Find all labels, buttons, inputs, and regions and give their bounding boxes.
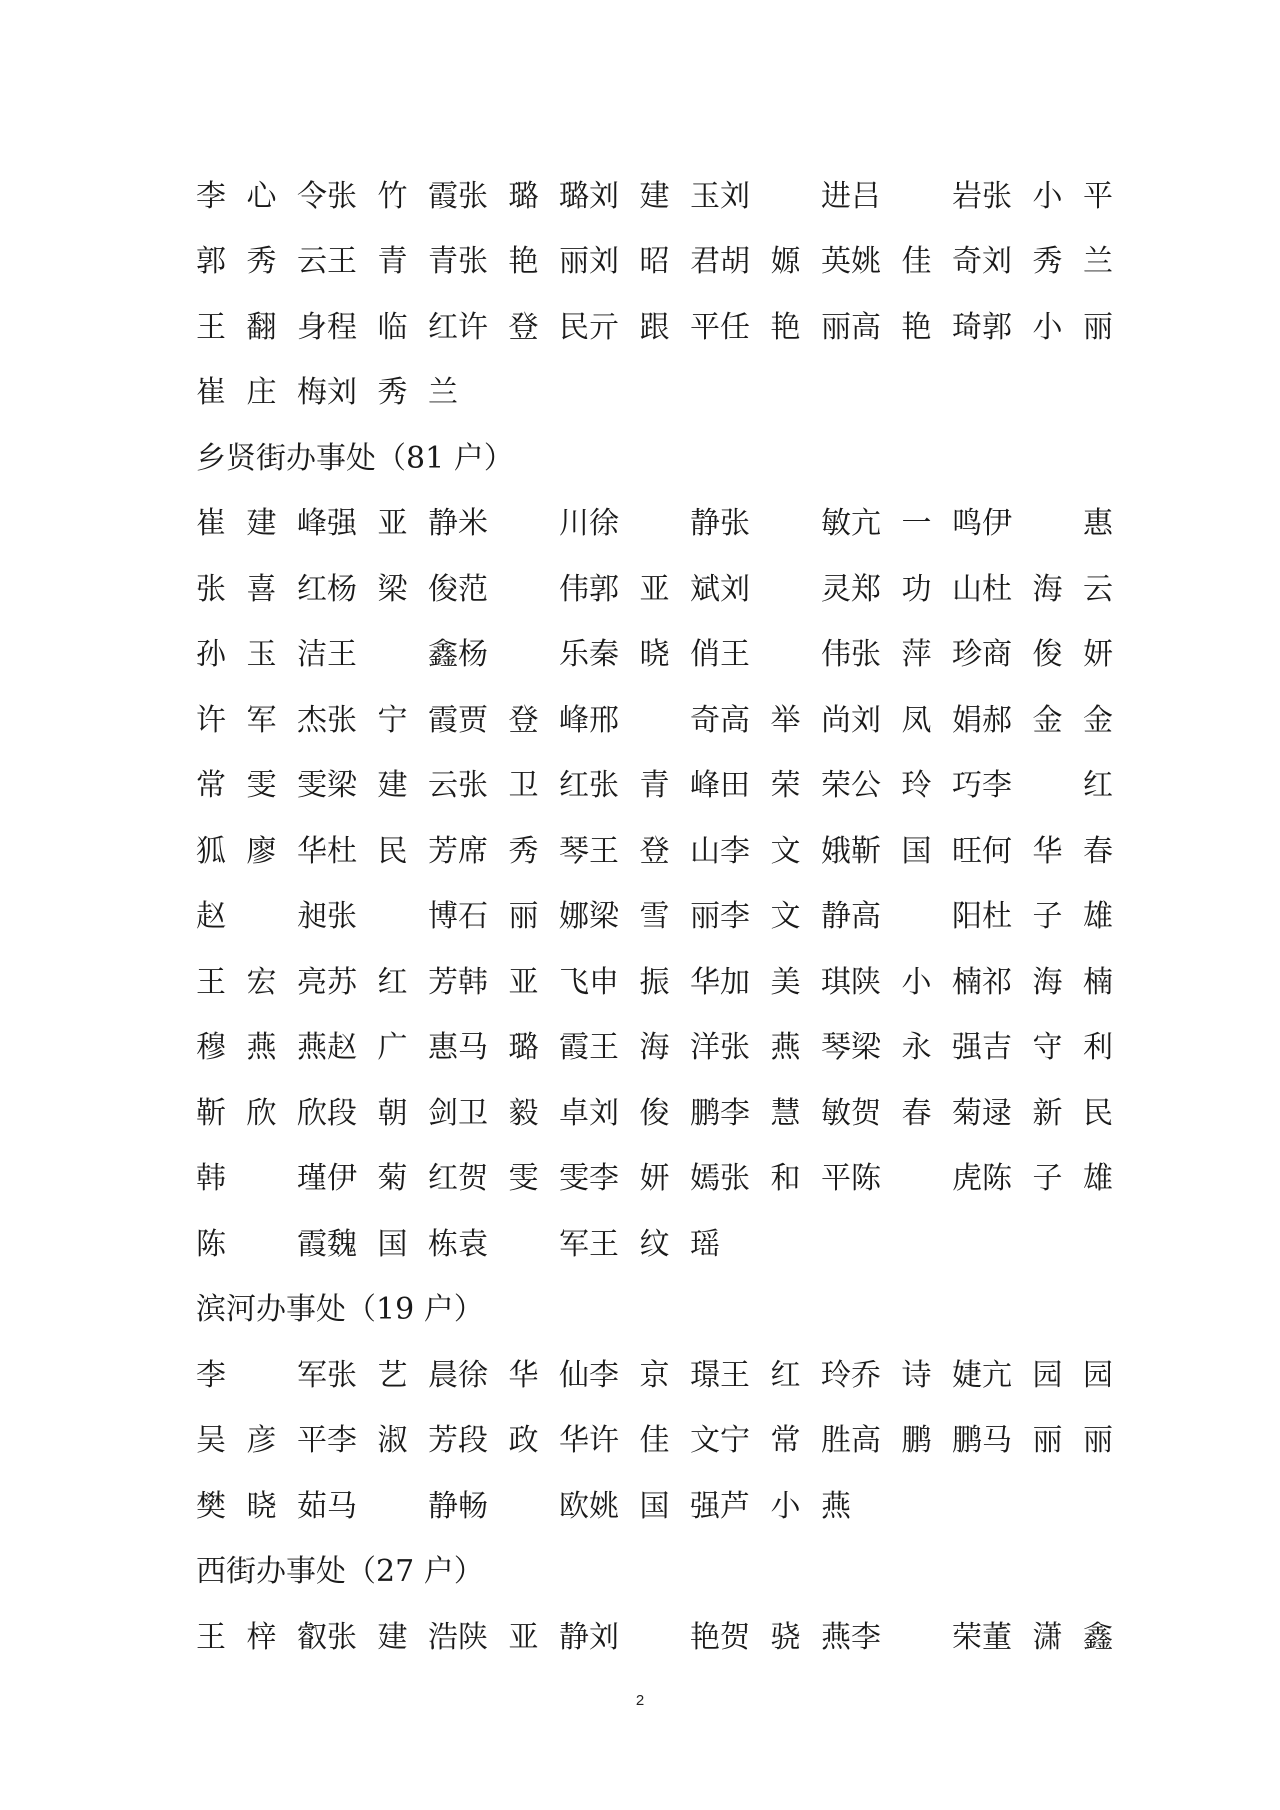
- person-name: 梁永强: [851, 1022, 982, 1066]
- person-name: 张宁霞: [327, 695, 458, 739]
- person-name: 陈虎: [851, 1153, 982, 1197]
- person-name: 姚国强: [589, 1481, 720, 1525]
- name-row: 孙玉洁王鑫杨乐秦晓俏王伟张萍珍商俊妍: [196, 619, 1088, 685]
- person-name: 程临红: [327, 302, 458, 346]
- person-name: 何华春: [982, 826, 1113, 870]
- person-name: 李军: [196, 1350, 327, 1394]
- section-heading: 滨河办事处（19 户）: [196, 1274, 1088, 1340]
- person-name: 席秀琴: [458, 826, 589, 870]
- person-name: 任艳丽: [720, 302, 851, 346]
- person-name: 吴彦平: [196, 1415, 327, 1459]
- person-name: 伊菊红: [327, 1153, 458, 1197]
- person-name: 亓跟平: [589, 302, 720, 346]
- person-name: 杨梁俊: [327, 564, 458, 608]
- person-name: 王翻身: [196, 302, 327, 346]
- person-name: 陈霞: [196, 1219, 327, 1263]
- name-row: 常雯雯梁建云张卫红张青峰田荣荣公玲巧李红: [196, 750, 1088, 816]
- person-name: 畅欧: [458, 1481, 589, 1525]
- person-name: 董潇鑫: [982, 1612, 1113, 1656]
- person-name: 袁军: [458, 1219, 589, 1263]
- person-name: 赵广惠: [327, 1022, 458, 1066]
- person-name: 李文娥: [720, 826, 851, 870]
- person-name: 杜民芳: [327, 826, 458, 870]
- person-name: 贾登峰: [458, 695, 589, 739]
- person-name: 刘灵: [720, 564, 851, 608]
- person-name: 许登民: [458, 302, 589, 346]
- name-row: 樊晓茹马静畅欧姚国强芦小燕: [196, 1470, 1088, 1536]
- name-row: 赵昶张博石丽娜梁雪丽李文静高阳杜子雄: [196, 881, 1088, 947]
- person-name: 李心令: [196, 171, 327, 215]
- person-name: 张萍珍: [851, 629, 982, 673]
- person-name: 张竹霞: [327, 171, 458, 215]
- person-name: 高阳: [851, 891, 982, 935]
- person-name: 郭小丽: [982, 302, 1113, 346]
- person-name: 陈子雄: [982, 1153, 1113, 1197]
- person-name: 徐华仙: [458, 1350, 589, 1394]
- person-name: 石丽娜: [458, 891, 589, 935]
- person-name: 靳欣欣: [196, 1088, 327, 1132]
- person-name: 梁建云: [327, 760, 458, 804]
- person-name: 张敏: [720, 498, 851, 542]
- person-name: 韩瑾: [196, 1153, 327, 1197]
- person-name: 刘进: [720, 171, 851, 215]
- person-name: 杜海云: [982, 564, 1113, 608]
- person-name: 刘建玉: [589, 171, 720, 215]
- person-name: 李文静: [720, 891, 851, 935]
- person-name: 王纹瑶: [589, 1219, 720, 1263]
- name-row: 崔建峰强亚静米川徐静张敏亢一鸣伊惠: [196, 488, 1088, 554]
- person-name: 郭亚斌: [589, 564, 720, 608]
- person-name: 张小平: [982, 171, 1113, 215]
- person-name: 狐廖华: [196, 826, 327, 870]
- person-name: 张和平: [720, 1153, 851, 1197]
- person-name: 孙玉洁: [196, 629, 327, 673]
- person-name: 张艺晨: [327, 1350, 458, 1394]
- person-name: 李妍嫣: [589, 1153, 720, 1197]
- person-name: 马静: [327, 1481, 458, 1525]
- person-name: 马璐霞: [458, 1022, 589, 1066]
- person-name: 刘艳: [589, 1612, 720, 1656]
- person-name: 郑功山: [851, 564, 982, 608]
- person-name: 王宏亮: [196, 957, 327, 1001]
- name-row: 韩瑾伊菊红贺雯雯李妍嫣张和平陈虎陈子雄: [196, 1143, 1088, 1209]
- person-name: 贺春菊: [851, 1088, 982, 1132]
- person-name: 贺骁燕: [720, 1612, 851, 1656]
- person-name: 樊晓茹: [196, 1481, 327, 1525]
- person-name: 亢园园: [982, 1350, 1113, 1394]
- person-name: 邢奇: [589, 695, 720, 739]
- person-name: 米川: [458, 498, 589, 542]
- person-name: 秦晓俏: [589, 629, 720, 673]
- person-name: 靳国旺: [851, 826, 982, 870]
- person-name: 许军杰: [196, 695, 327, 739]
- person-name: 公玲巧: [851, 760, 982, 804]
- name-row: 王翻身程临红许登民亓跟平任艳丽高艳琦郭小丽: [196, 291, 1088, 357]
- person-name: 逯新民: [982, 1088, 1113, 1132]
- person-name: 杜子雄: [982, 891, 1113, 935]
- name-row: 穆燕燕赵广惠马璐霞王海洋张燕琴梁永强吉守利: [196, 1012, 1088, 1078]
- person-name: 段朝剑: [327, 1088, 458, 1132]
- person-name: 田荣荣: [720, 760, 851, 804]
- person-name: 赵昶: [196, 891, 327, 935]
- person-name: 李京璟: [589, 1350, 720, 1394]
- person-name: 王登山: [589, 826, 720, 870]
- person-name: 高艳琦: [851, 302, 982, 346]
- person-name: 段政华: [458, 1415, 589, 1459]
- person-name: 宁常胜: [720, 1415, 851, 1459]
- person-name: 刘凤娟: [851, 695, 982, 739]
- person-name: 陕小楠: [851, 957, 982, 1001]
- name-row: 靳欣欣段朝剑卫毅卓刘俊鹏李慧敏贺春菊逯新民: [196, 1077, 1088, 1143]
- person-name: 刘俊鹏: [589, 1088, 720, 1132]
- person-name: 刘秀兰: [982, 236, 1113, 280]
- person-name: 贺雯雯: [458, 1153, 589, 1197]
- person-name: 刘秀兰: [327, 367, 458, 411]
- name-row: 郭秀云王青青张艳丽刘昭君胡嫄英姚佳奇刘秀兰: [196, 226, 1088, 292]
- person-name: 崔庄梅: [196, 367, 327, 411]
- name-row: 陈霞魏国栋袁军王纹瑶: [196, 1208, 1088, 1274]
- person-name: 祁海楠: [982, 957, 1113, 1001]
- name-row: 许军杰张宁霞贾登峰邢奇高举尚刘凤娟郝金金: [196, 684, 1088, 750]
- person-name: 杨乐: [458, 629, 589, 673]
- person-name: 张建浩: [327, 1612, 458, 1656]
- name-row: 王宏亮苏红芳韩亚飞申振华加美琪陕小楠祁海楠: [196, 946, 1088, 1012]
- person-name: 王红玲: [720, 1350, 851, 1394]
- person-name: 姚佳奇: [851, 236, 982, 280]
- page-number: 2: [0, 1692, 1280, 1709]
- person-name: 韩亚飞: [458, 957, 589, 1001]
- person-name: 胡嫄英: [720, 236, 851, 280]
- person-name: 李慧敏: [720, 1088, 851, 1132]
- person-name: 魏国栋: [327, 1219, 458, 1263]
- person-name: 苏红芳: [327, 957, 458, 1001]
- person-name: 郭秀云: [196, 236, 327, 280]
- person-name: 李荣: [851, 1612, 982, 1656]
- person-name: 梁雪丽: [589, 891, 720, 935]
- name-row: 张喜红杨梁俊范伟郭亚斌刘灵郑功山杜海云: [196, 553, 1088, 619]
- person-name: 李红: [982, 760, 1113, 804]
- person-name: 穆燕燕: [196, 1022, 327, 1066]
- person-name: 范伟: [458, 564, 589, 608]
- person-name: 张博: [327, 891, 458, 935]
- person-name: 伊惠: [982, 498, 1113, 542]
- person-name: 乔诗婕: [851, 1350, 982, 1394]
- person-name: 王青青: [327, 236, 458, 280]
- person-name: 吉守利: [982, 1022, 1113, 1066]
- person-name: 张璐璐: [458, 171, 589, 215]
- person-name: 亢一鸣: [851, 498, 982, 542]
- name-row: 狐廖华杜民芳席秀琴王登山李文娥靳国旺何华春: [196, 815, 1088, 881]
- person-name: 徐静: [589, 498, 720, 542]
- person-name: 王梓叡: [196, 1612, 327, 1656]
- person-name: 王鑫: [327, 629, 458, 673]
- person-name: 王伟: [720, 629, 851, 673]
- person-name: 张卫红: [458, 760, 589, 804]
- person-name: 吕岩: [851, 171, 982, 215]
- name-row: 王梓叡张建浩陕亚静刘艳贺骁燕李荣董潇鑫: [196, 1601, 1088, 1667]
- person-name: 商俊妍: [982, 629, 1113, 673]
- person-name: 加美琪: [720, 957, 851, 1001]
- person-name: 张喜红: [196, 564, 327, 608]
- name-row: 崔庄梅刘秀兰: [196, 357, 1088, 423]
- person-name: 许佳文: [589, 1415, 720, 1459]
- person-name: 申振华: [589, 957, 720, 1001]
- name-row: 李军张艺晨徐华仙李京璟王红玲乔诗婕亢园园: [196, 1339, 1088, 1405]
- person-name: 卫毅卓: [458, 1088, 589, 1132]
- person-name: 高举尚: [720, 695, 851, 739]
- person-name: 张青峰: [589, 760, 720, 804]
- name-row: 吴彦平李淑芳段政华许佳文宁常胜高鹏鹏马丽丽: [196, 1405, 1088, 1471]
- section-heading: 西街办事处（27 户）: [196, 1536, 1088, 1602]
- person-name: 强亚静: [327, 498, 458, 542]
- person-name: 芦小燕: [720, 1481, 851, 1525]
- person-name: 崔建峰: [196, 498, 327, 542]
- person-name: 马丽丽: [982, 1415, 1113, 1459]
- section-heading: 乡贤街办事处（81 户）: [196, 422, 1088, 488]
- name-row: 李心令张竹霞张璐璐刘建玉刘进吕岩张小平: [196, 160, 1088, 226]
- person-name: 刘昭君: [589, 236, 720, 280]
- document-page: 李心令张竹霞张璐璐刘建玉刘进吕岩张小平郭秀云王青青张艳丽刘昭君胡嫄英姚佳奇刘秀兰…: [196, 160, 1088, 1667]
- person-name: 王海洋: [589, 1022, 720, 1066]
- person-name: 张燕琴: [720, 1022, 851, 1066]
- person-name: 常雯雯: [196, 760, 327, 804]
- person-name: 高鹏鹏: [851, 1415, 982, 1459]
- person-name: 郝金金: [982, 695, 1113, 739]
- person-name: 陕亚静: [458, 1612, 589, 1656]
- person-name: 李淑芳: [327, 1415, 458, 1459]
- person-name: 张艳丽: [458, 236, 589, 280]
